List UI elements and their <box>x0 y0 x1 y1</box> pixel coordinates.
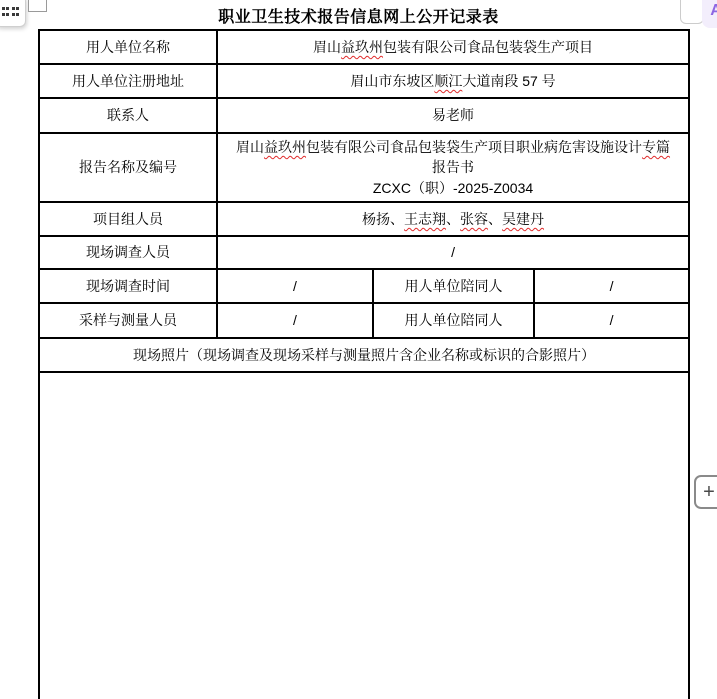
table-row-investigation-time: 现场调查时间 / 用人单位陪同人 / <box>39 269 689 303</box>
table-row-project-team: 项目组人员 杨扬、王志翔、张容、吴建丹 <box>39 202 689 236</box>
row-value: / <box>217 303 373 338</box>
row-label: 用人单位注册地址 <box>39 64 217 98</box>
app-grid-button[interactable] <box>0 0 26 27</box>
value-part: 眉山 <box>313 39 341 55</box>
row-label: 用人单位名称 <box>39 30 217 64</box>
row-label: 项目组人员 <box>39 202 217 236</box>
row-value: 易老师 <box>217 98 689 133</box>
value-part-misspelled: 益玖州 <box>264 139 306 155</box>
row-value: / <box>534 303 689 338</box>
row-label: 现场调查时间 <box>39 269 217 303</box>
row-value: / <box>217 269 373 303</box>
font-a-icon: A <box>710 2 717 20</box>
row-value: 眉山益玖州包装有限公司食品包装袋生产项目 <box>217 30 689 64</box>
value-part-misspelled: 吴建丹 <box>502 211 544 227</box>
plus-icon: + <box>703 481 715 504</box>
photos-header: 现场照片（现场调查及现场采样与测量照片含企业名称或标识的合影照片） <box>39 338 689 372</box>
value-part: 眉山 <box>236 139 264 155</box>
value-part: 包装有限公司食品包装袋生产项目 <box>383 39 593 55</box>
table-row-site-investigators: 现场调查人员 / <box>39 236 689 269</box>
row-value: 眉山市东坡区顺江大道南段 57 号 <box>217 64 689 98</box>
value-part-misspelled: 专篇 <box>642 139 670 155</box>
table-row-photos-area <box>39 372 689 699</box>
value-part: 、 <box>488 211 502 227</box>
value-part: 杨扬、 <box>362 211 404 227</box>
value-part: 包装有限公司食品包装袋生产项目职业病危害设施设计 <box>306 139 642 155</box>
value-part: 大道南段 57 号 <box>462 73 555 89</box>
value-part-misspelled: 顺江 <box>434 73 462 89</box>
table-row-sampling-personnel: 采样与测量人员 / 用人单位陪同人 / <box>39 303 689 338</box>
page-title: 职业卫生技术报告信息网上公开记录表 <box>0 4 717 27</box>
row-label: 联系人 <box>39 98 217 133</box>
report-title-line2: 报告书 <box>222 157 684 177</box>
row-label: 采样与测量人员 <box>39 303 217 338</box>
add-button[interactable]: + <box>694 475 717 509</box>
table-row-employer-name: 用人单位名称 眉山益玖州包装有限公司食品包装袋生产项目 <box>39 30 689 64</box>
value-part: 、 <box>446 211 460 227</box>
report-title-line1: 眉山益玖州包装有限公司食品包装袋生产项目职业病危害设施设计专篇 <box>222 137 684 157</box>
font-tool-button[interactable]: A <box>702 0 717 28</box>
toolbar-blank-button[interactable] <box>680 0 704 24</box>
record-table: 用人单位名称 眉山益玖州包装有限公司食品包装袋生产项目 用人单位注册地址 眉山市… <box>38 29 690 699</box>
table-row-contact-person: 联系人 易老师 <box>39 98 689 133</box>
table-row-site-photos-header: 现场照片（现场调查及现场采样与测量照片含企业名称或标识的合影照片） <box>39 338 689 372</box>
row-label: 报告名称及编号 <box>39 133 217 202</box>
toolbar-stub <box>28 0 47 12</box>
value-part-misspelled: 张容 <box>460 211 488 227</box>
value-part-misspelled: 益玖州 <box>341 39 383 55</box>
row-value: 眉山益玖州包装有限公司食品包装袋生产项目职业病危害设施设计专篇 报告书 ZCXC… <box>217 133 689 202</box>
row-sublabel: 用人单位陪同人 <box>373 303 534 338</box>
photos-empty-area <box>39 372 689 699</box>
value-part-misspelled: 王志翔 <box>404 211 446 227</box>
row-value: / <box>534 269 689 303</box>
grid-dots-icon <box>2 7 19 16</box>
row-label: 现场调查人员 <box>39 236 217 269</box>
report-number: ZCXC（职）-2025-Z0034 <box>222 178 684 198</box>
row-value: / <box>217 236 689 269</box>
row-value: 杨扬、王志翔、张容、吴建丹 <box>217 202 689 236</box>
table-row-registered-address: 用人单位注册地址 眉山市东坡区顺江大道南段 57 号 <box>39 64 689 98</box>
row-sublabel: 用人单位陪同人 <box>373 269 534 303</box>
value-part: 眉山市东坡区 <box>350 73 434 89</box>
table-row-report-name-number: 报告名称及编号 眉山益玖州包装有限公司食品包装袋生产项目职业病危害设施设计专篇 … <box>39 133 689 202</box>
